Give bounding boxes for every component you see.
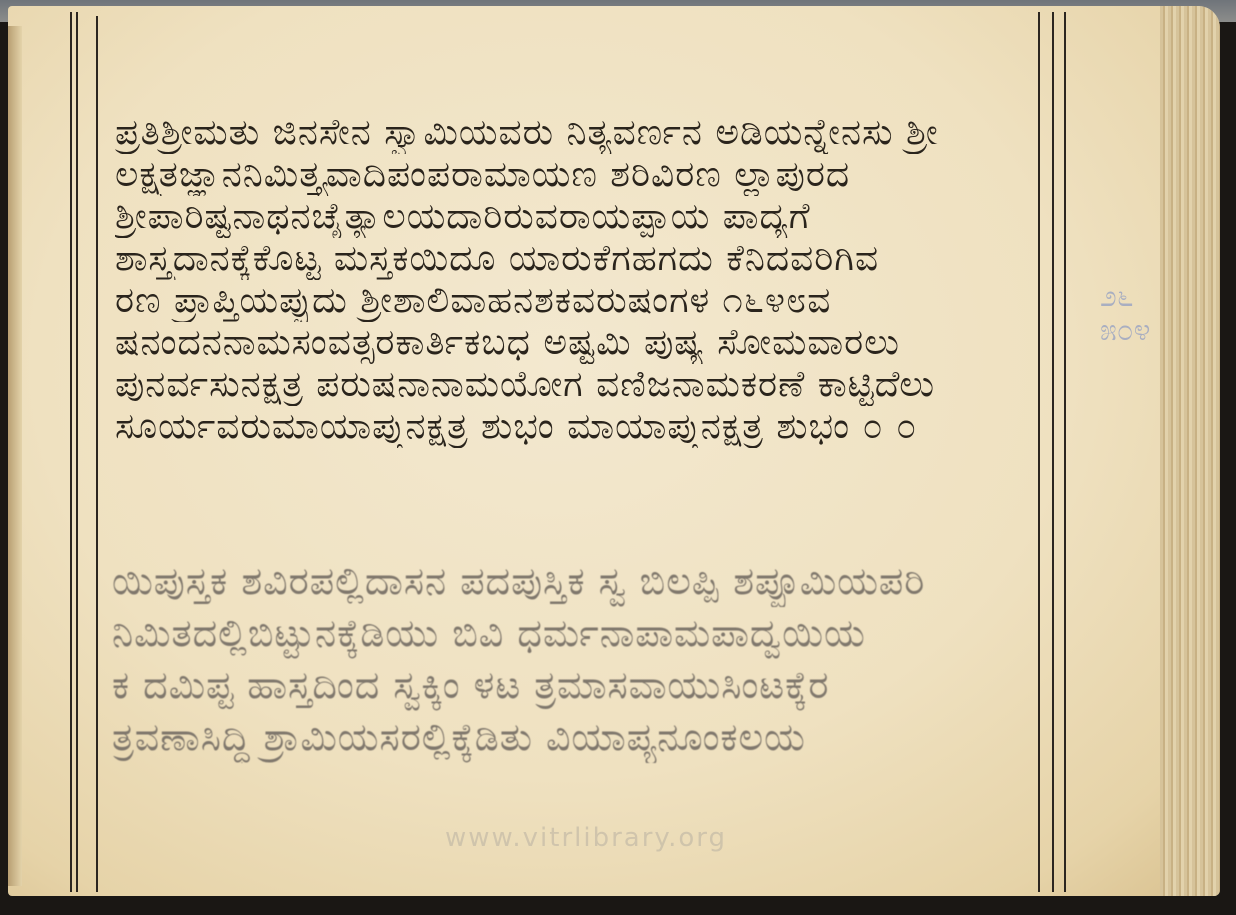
ink-line: ಷನಂದನನಾಮಸಂವತ್ಸರಕಾರ್ತಿಕಬಧ ಅಷ್ಟಮಿ ಪುಷ್ಯ ಸೋ… — [115, 322, 1075, 364]
pencil-line: ಯಿಪುಸ್ತಕ ಶವಿರಪಲ್ಲಿದಾಸನ ಪದಪುಸ್ತಿಕ ಸ್ವ ಬಿಲ… — [112, 555, 1112, 607]
margin-rule-left-3 — [96, 16, 98, 892]
margin-rule-left-2 — [76, 12, 78, 892]
ink-line: ಲಕ್ಷ್ಮತಜ್ಞಾನನಿಮಿತ್ತ್ಯವಾದಿಪಂಪರಾಮಾಯಣ ಶರಿವಿ… — [115, 154, 1075, 196]
ink-line: ಪ್ರತಿಶ್ರೀಮತು ಜಿನಸೇನ ಸ್ವಾಮಿಯವರು ನಿತ್ಯವರ್ಣ… — [115, 112, 1075, 154]
ink-line: ಶಾಸ್ತ್ರದಾನಕ್ಕೆಕೊಟ್ಟ ಮಸ್ತಕಯಿದೂ ಯಾರುಕೆಗಹಗದ… — [115, 238, 1075, 280]
margin-rule-left-1 — [70, 12, 72, 892]
ink-line: ಶ್ರೀಪಾರಿಷ್ಟನಾಥನಚೈತ್ಯಾಲಯದಾರಿರುವರಾಯಪ್ಪಾಯ ಪ… — [115, 196, 1075, 238]
blue-stamp-mark: ೨೬ ೫೦೪ — [1100, 280, 1150, 348]
watermark: www.vitrlibrary.org — [445, 823, 727, 853]
ink-line: ರಣ ಪ್ರಾಪ್ತಿಯಪ್ಪುದು ಶ್ರೀಶಾಲಿವಾಹನಶಕವರುಷಂಗಳ… — [115, 280, 1075, 322]
ink-line: ಪುನರ್ವಸುನಕ್ಷತ್ರ ಪರುಷನಾನಾಮಯೋಗ ವಣಿಜನಾಮಕರಣೆ… — [115, 364, 1075, 406]
pencil-line: ಕ ದಮಿಪ್ಟ ಹಾಸ್ತದಿಂದ ಸ್ವಕ್ಕಿಂ ಳಟ ತ್ರಮಾಸವಾಯ… — [112, 659, 1112, 711]
ink-line: ಸೂರ್ಯವರುಮಾಯಾಪ್ತುನಕ್ಷತ್ರ ಶುಭಂ ಮಾಯಾಪ್ತುನಕ್… — [115, 406, 1075, 448]
stamp-line: ೨೬ — [1100, 280, 1150, 314]
pencil-line: ನಿಮಿತದಲ್ಲಿಬಿಟ್ಟುನಕ್ಕೆಡಿಯು ಬಿವಿ ಧರ್ಮನಾಪಾಮ… — [112, 607, 1112, 659]
page-stack-edge — [1160, 6, 1220, 896]
pencil-line: ತ್ರವಣಾಸಿದ್ಧಿ ಶ್ರಾಮಿಯಸರಲ್ಲಿಕ್ಕೆಡಿತು ವಿಯಾಪ… — [112, 711, 1112, 763]
ink-text-block: ಪ್ರತಿಶ್ರೀಮತು ಜಿನಸೇನ ಸ್ವಾಮಿಯವರು ನಿತ್ಯವರ್ಣ… — [115, 112, 1075, 448]
stamp-line: ೫೦೪ — [1100, 314, 1150, 348]
page-binding-edge — [8, 26, 22, 886]
pencil-text-block: ಯಿಪುಸ್ತಕ ಶವಿರಪಲ್ಲಿದಾಸನ ಪದಪುಸ್ತಿಕ ಸ್ವ ಬಿಲ… — [112, 555, 1112, 763]
